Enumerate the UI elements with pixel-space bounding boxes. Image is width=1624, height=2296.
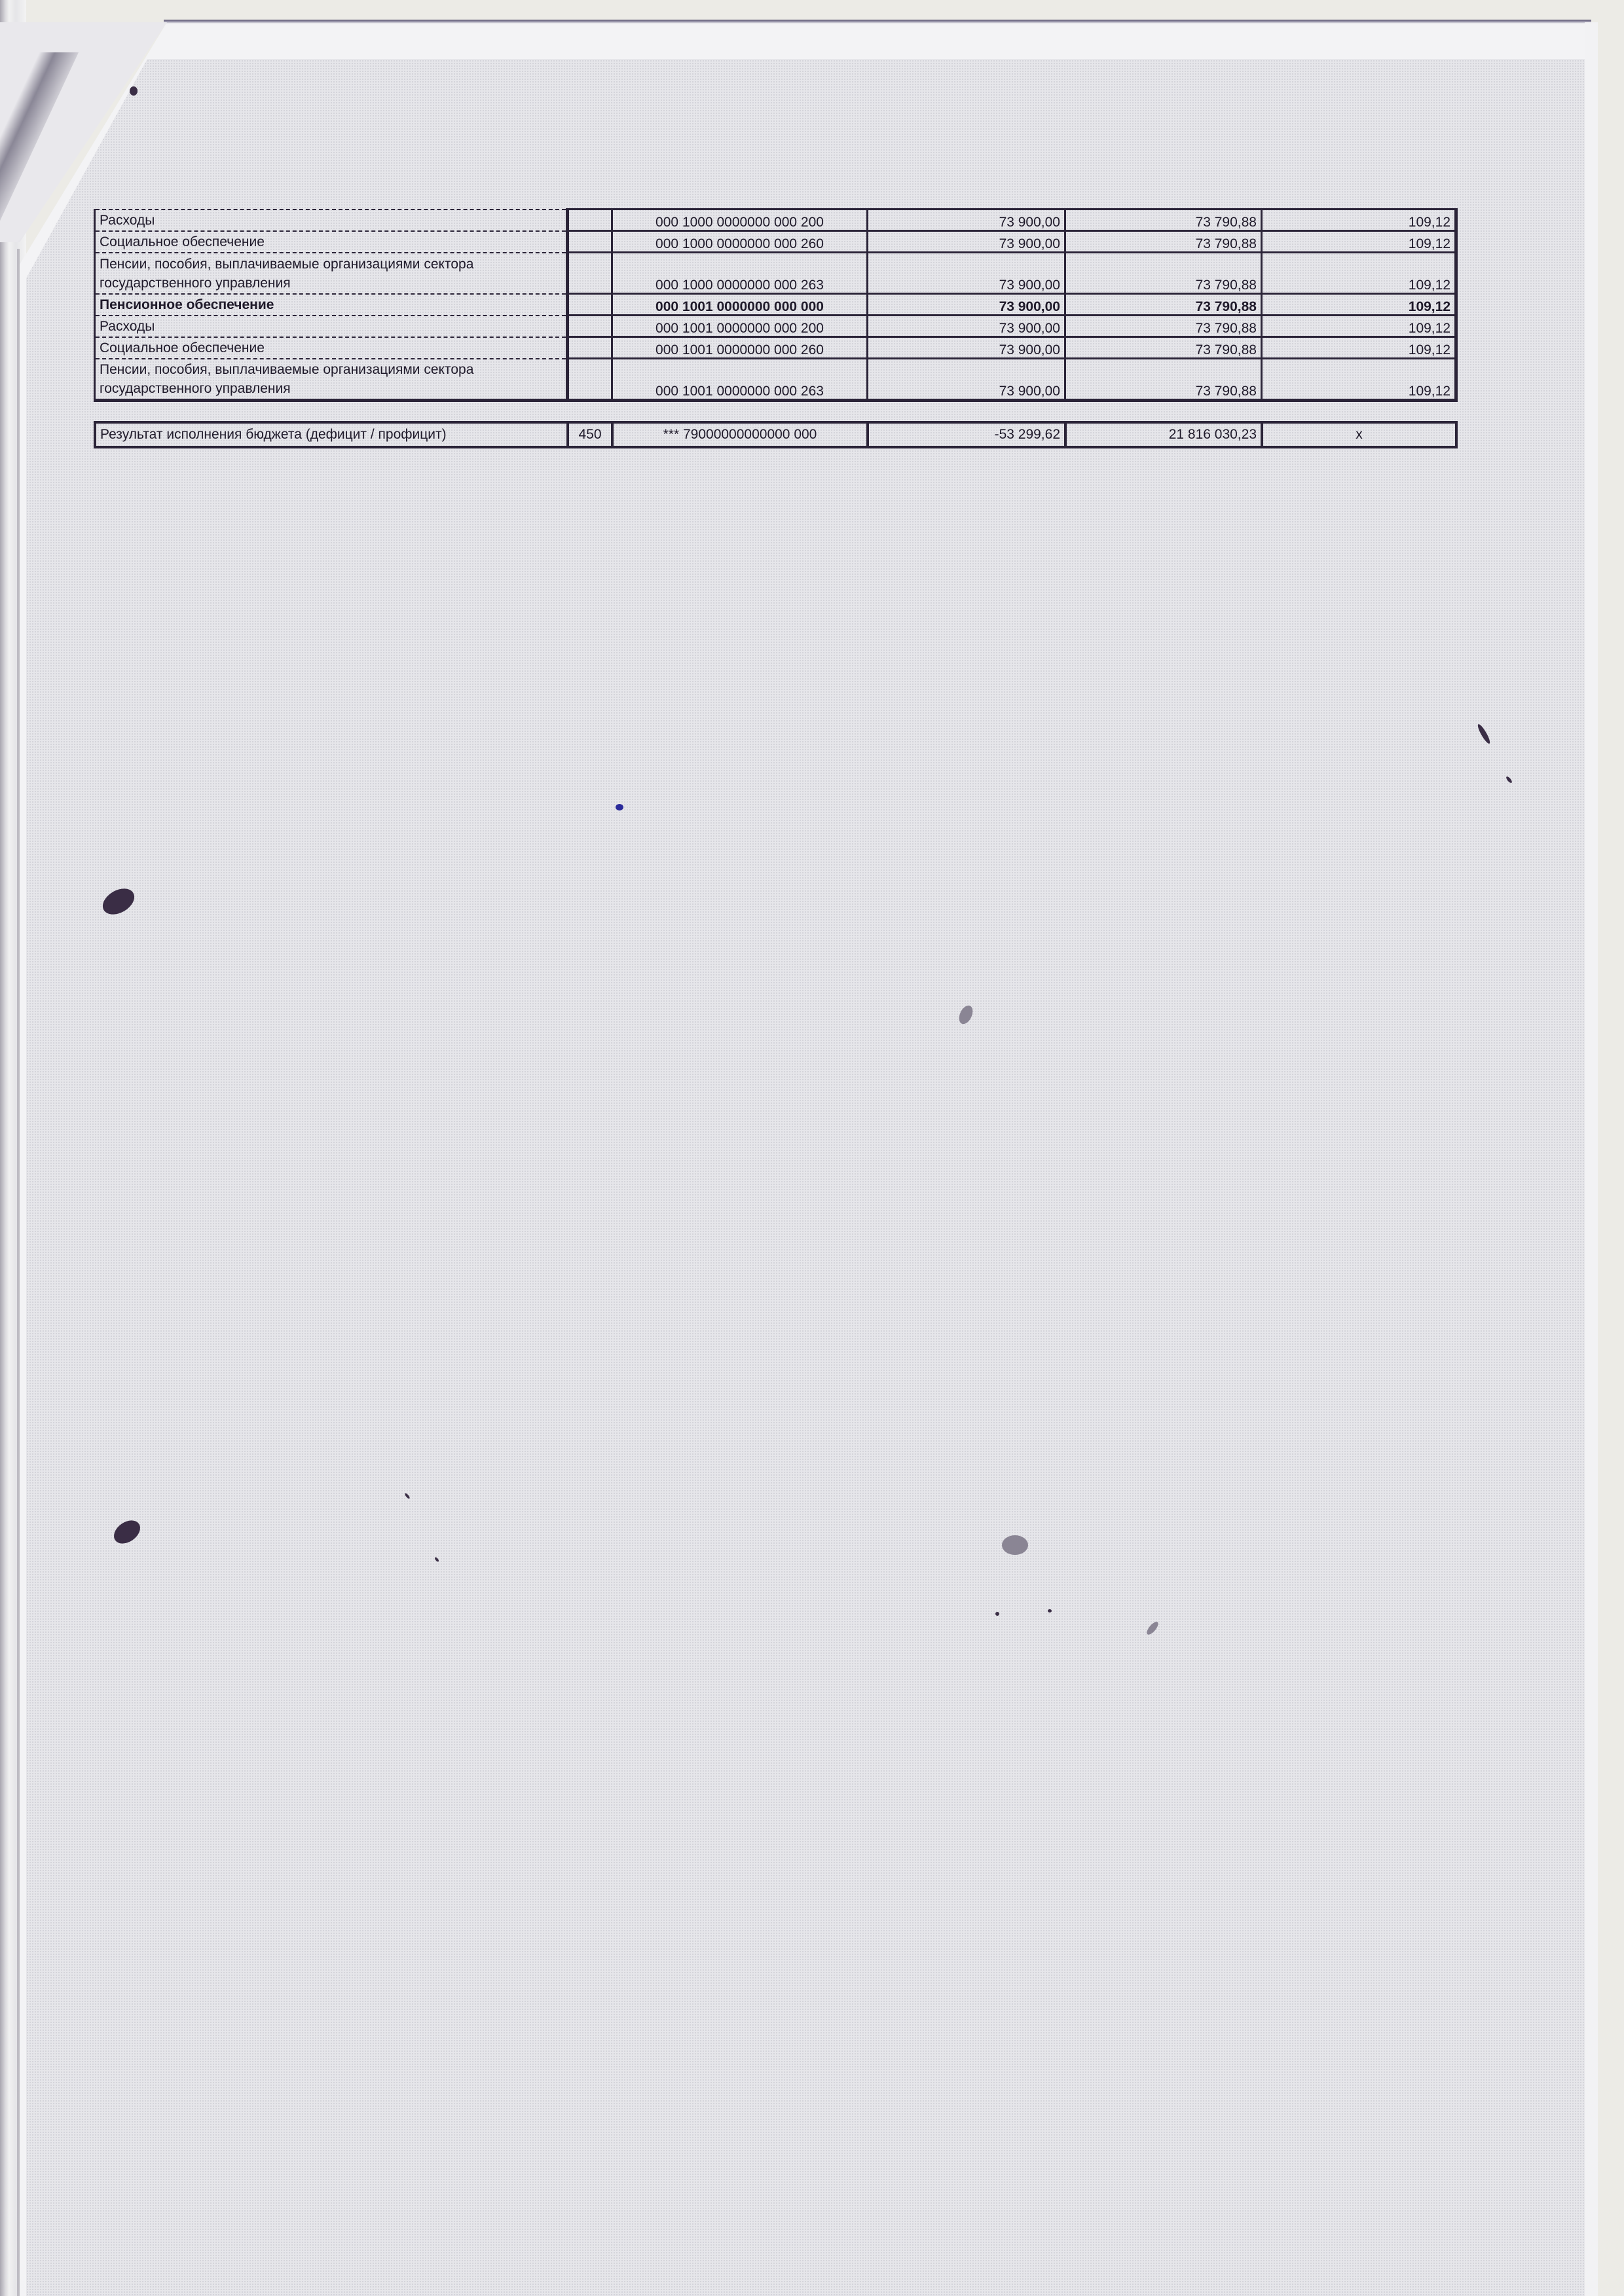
table-row: Пенсии, пособия, выплачиваемые организац… [95, 359, 1456, 401]
speck [1048, 1609, 1052, 1613]
result-name: Результат исполнения бюджета (дефицит / … [95, 422, 568, 447]
row-unexecuted: 109,12 [1262, 210, 1456, 231]
row-kbk-code: 000 1000 0000000 000 263 [612, 253, 868, 294]
row-executed: 73 790,88 [1065, 316, 1262, 337]
speck [995, 1612, 999, 1616]
row-approved: 73 900,00 [868, 253, 1065, 294]
row-name: Расходы [95, 210, 568, 231]
table-row: Социальное обеспечение 000 1001 0000000 … [95, 337, 1456, 359]
row-executed: 73 790,88 [1065, 231, 1262, 253]
row-name: Пенсии, пособия, выплачиваемые организац… [95, 359, 568, 401]
row-executed: 73 790,88 [1065, 337, 1262, 359]
table-row: Социальное обеспечение 000 1000 0000000 … [95, 231, 1456, 253]
table-row: Пенсии, пособия, выплачиваемые организац… [95, 253, 1456, 294]
budget-result-table: Результат исполнения бюджета (дефицит / … [94, 421, 1458, 448]
budget-expenses-table: Расходы 000 1000 0000000 000 200 73 900,… [94, 208, 1458, 402]
sheet-top-shadow [164, 20, 1591, 24]
row-unexecuted: 109,12 [1262, 316, 1456, 337]
result-line-code: 450 [568, 422, 612, 447]
row-line-code [568, 359, 612, 401]
row-approved: 73 900,00 [868, 210, 1065, 231]
row-approved: 73 900,00 [868, 294, 1065, 316]
result-executed: 21 816 030,23 [1065, 422, 1262, 447]
result-row: Результат исполнения бюджета (дефицит / … [95, 422, 1456, 447]
table-row: Расходы 000 1001 0000000 000 200 73 900,… [95, 316, 1456, 337]
row-executed: 73 790,88 [1065, 294, 1262, 316]
row-line-code [568, 253, 612, 294]
row-name: Пенсии, пособия, выплачиваемые организац… [95, 253, 568, 294]
table-row: Расходы 000 1000 0000000 000 200 73 900,… [95, 210, 1456, 231]
result-approved: -53 299,62 [868, 422, 1065, 447]
row-unexecuted: 109,12 [1262, 253, 1456, 294]
row-unexecuted: 109,12 [1262, 359, 1456, 401]
speck [130, 86, 138, 96]
row-executed: 73 790,88 [1065, 210, 1262, 231]
row-executed: 73 790,88 [1065, 253, 1262, 294]
row-executed: 73 790,88 [1065, 359, 1262, 401]
row-unexecuted: 109,12 [1262, 294, 1456, 316]
row-kbk-code: 000 1001 0000000 000 000 [612, 294, 868, 316]
right-margin [1585, 22, 1598, 2296]
ink-dot [616, 804, 623, 811]
page-stack-edge [17, 249, 20, 2296]
row-kbk-code: 000 1000 0000000 000 260 [612, 231, 868, 253]
row-line-code [568, 337, 612, 359]
smudge [1002, 1535, 1028, 1555]
row-kbk-code: 000 1001 0000000 000 200 [612, 316, 868, 337]
row-name: Социальное обеспечение [95, 337, 568, 359]
row-name: Социальное обеспечение [95, 231, 568, 253]
row-kbk-code: 000 1000 0000000 000 200 [612, 210, 868, 231]
row-line-code [568, 210, 612, 231]
result-unexecuted: x [1262, 422, 1456, 447]
row-name: Расходы [95, 316, 568, 337]
row-line-code [568, 316, 612, 337]
row-approved: 73 900,00 [868, 231, 1065, 253]
row-kbk-code: 000 1001 0000000 000 260 [612, 337, 868, 359]
row-unexecuted: 109,12 [1262, 231, 1456, 253]
row-line-code [568, 294, 612, 316]
row-name: Пенсионное обеспечение [95, 294, 568, 316]
row-approved: 73 900,00 [868, 359, 1065, 401]
row-unexecuted: 109,12 [1262, 337, 1456, 359]
row-kbk-code: 000 1001 0000000 000 263 [612, 359, 868, 401]
row-line-code [568, 231, 612, 253]
row-approved: 73 900,00 [868, 337, 1065, 359]
row-approved: 73 900,00 [868, 316, 1065, 337]
result-kbk-code: *** 79000000000000 000 [612, 422, 868, 447]
table-row: Пенсионное обеспечение 000 1001 0000000 … [95, 294, 1456, 316]
